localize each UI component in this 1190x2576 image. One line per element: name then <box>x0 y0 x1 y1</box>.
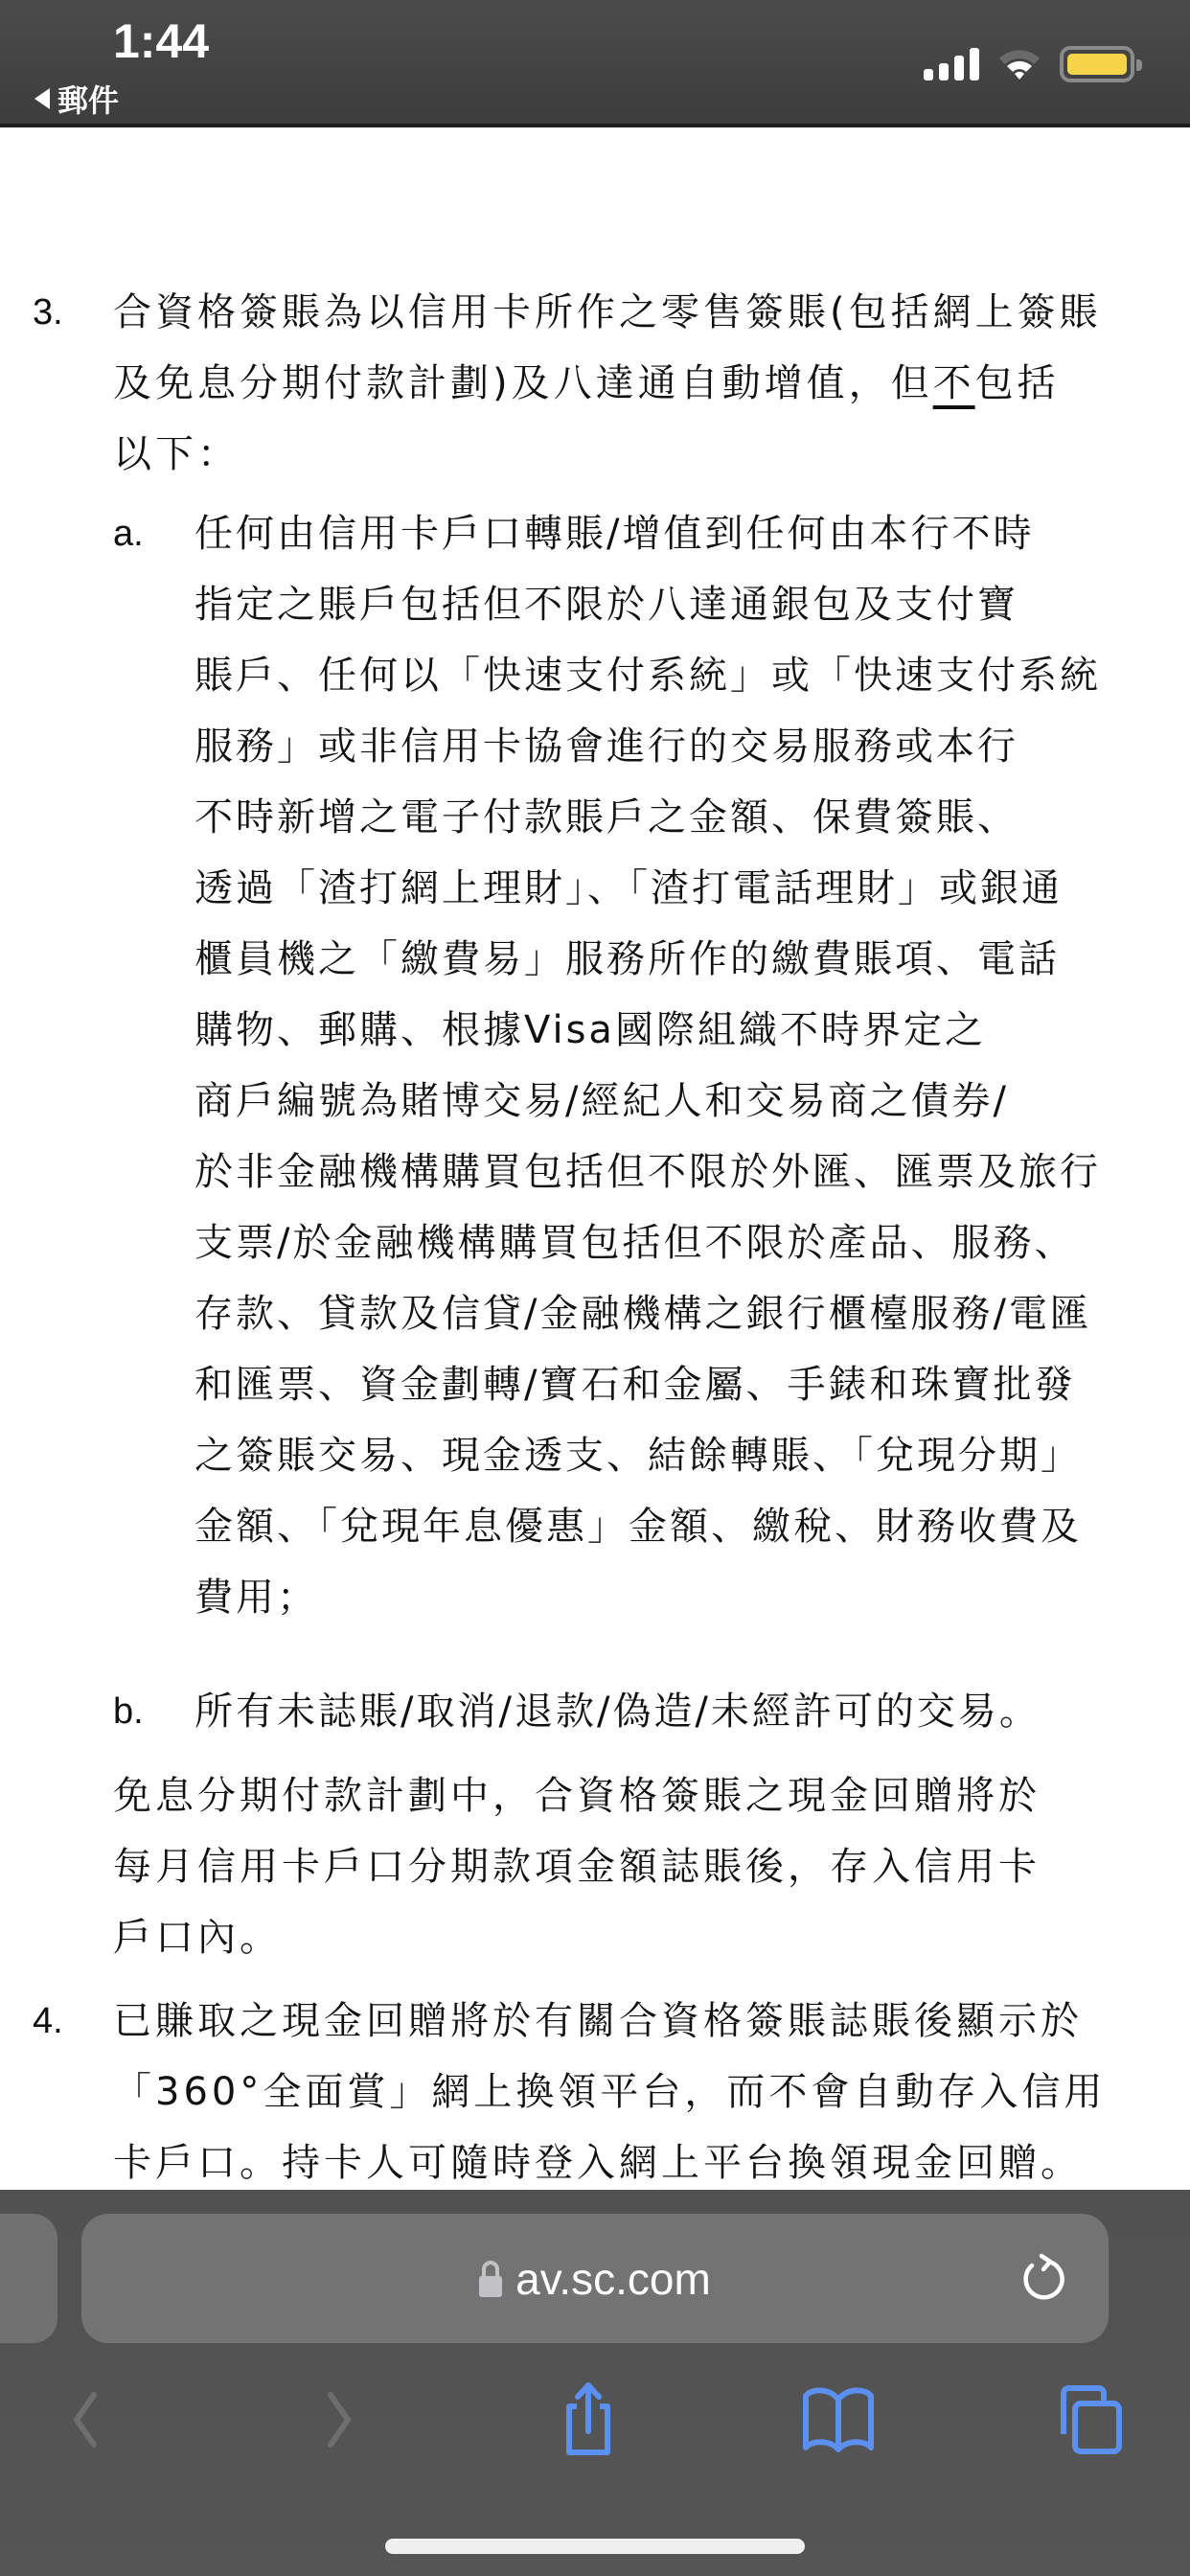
tabs-icon <box>1054 2384 1125 2455</box>
home-indicator[interactable] <box>385 2539 805 2554</box>
book-icon <box>802 2386 875 2453</box>
status-time: 1:44 <box>113 13 209 69</box>
text-line: 卡戶口。持卡人可隨時登入網上平台換領現金回贈。 <box>113 2127 1138 2198</box>
text-line: 購物、郵購、根據Visa國際組織不時界定之 <box>195 995 1143 1066</box>
text-line: 每月信用卡戶口分期款項金額誌賬後，存入信用卡 <box>113 1831 1138 1902</box>
subitem-b-text: 所有未誌賬/取消/退款/偽造/未經許可的交易。 <box>195 1676 1143 1747</box>
reload-icon[interactable] <box>1017 2252 1070 2306</box>
text-line: 服務」或非信用卡協會進行的交易服務或本行 <box>195 711 1143 782</box>
bookmarks-button[interactable] <box>795 2377 881 2463</box>
text-line: 及免息分期付款計劃)及八達通自動增值，但不包括 <box>113 348 1138 419</box>
text-line: 戶口內。 <box>113 1902 1138 1973</box>
back-triangle-icon <box>34 88 50 109</box>
subitem-a-text: 任何由信用卡戶口轉賬/增值到任何由本行不時 指定之賬戶包括但不限於八達通銀包及支… <box>195 498 1143 1633</box>
text-line: 存款、貸款及信貸/金融機構之銀行櫃檯服務/電匯 <box>195 1278 1143 1349</box>
status-bar: 1:44 郵件 <box>0 0 1190 127</box>
battery-icon <box>1060 46 1134 82</box>
text-line: 指定之賬戶包括但不限於八達通銀包及支付寶 <box>195 569 1143 640</box>
text-line: 商戶編號為賭博交易/經紀人和交易商之債券/ <box>195 1066 1143 1137</box>
forward-button[interactable] <box>297 2377 383 2463</box>
text-line: 「360°全面賞」網上換領平台，而不會自動存入信用 <box>113 2057 1138 2127</box>
text-line: 免息分期付款計劃中，合資格簽賬之現金回贈將於 <box>113 1760 1138 1831</box>
back-to-mail-button[interactable]: 郵件 <box>34 77 119 121</box>
item-4-text: 已賺取之現金回贈將於有關合資格簽賬誌賬後顯示於 「360°全面賞」網上換領平台，… <box>113 1986 1138 2198</box>
cellular-signal-icon <box>924 48 979 80</box>
share-button[interactable] <box>545 2377 631 2463</box>
text-line: 於非金融機構購買包括但不限於外匯、匯票及旅行 <box>195 1137 1143 1207</box>
subitem-label: a. <box>113 498 144 569</box>
chevron-right-icon <box>321 2389 359 2450</box>
web-page-content: 3. 合資格簽賬為以信用卡所作之零售簽賬(包括網上簽賬 及免息分期付款計劃)及八… <box>0 131 1190 2192</box>
browser-toolbar: av.sc.com <box>0 2190 1190 2576</box>
text-line: 金額、「兌現年息優惠」金額、繳稅、財務收費及 <box>195 1491 1143 1562</box>
wifi-icon <box>996 47 1042 81</box>
text-line: 和匯票、資金劃轉/寶石和金屬、手錶和珠寶批發 <box>195 1349 1143 1420</box>
text-line: 任何由信用卡戶口轉賬/增值到任何由本行不時 <box>195 498 1143 569</box>
lock-icon <box>479 2261 502 2297</box>
item-3-text: 合資格簽賬為以信用卡所作之零售簽賬(包括網上簽賬 及免息分期付款計劃)及八達通自… <box>113 277 1138 490</box>
item-number: 3. <box>33 277 63 348</box>
tabs-button[interactable] <box>1046 2377 1133 2463</box>
address-bar[interactable]: av.sc.com <box>81 2214 1109 2343</box>
text-line: 透過「渣打網上理財」、「渣打電話理財」或銀通 <box>195 853 1143 924</box>
item-number: 4. <box>33 1986 63 2057</box>
text-line: 不時新增之電子付款賬戶之金額、保費簽賬、 <box>195 782 1143 853</box>
text-line: 所有未誌賬/取消/退款/偽造/未經許可的交易。 <box>195 1676 1143 1747</box>
text-line: 之簽賬交易、現金透支、結餘轉賬、「兌現分期」 <box>195 1420 1143 1491</box>
text-line: 已賺取之現金回贈將於有關合資格簽賬誌賬後顯示於 <box>113 1986 1138 2057</box>
text-line: 合資格簽賬為以信用卡所作之零售簽賬(包括網上簽賬 <box>113 277 1138 348</box>
back-button[interactable] <box>41 2377 127 2463</box>
previous-tab-pill[interactable] <box>0 2214 57 2343</box>
chevron-left-icon <box>65 2389 103 2450</box>
url-text: av.sc.com <box>515 2253 711 2305</box>
share-icon <box>560 2381 617 2458</box>
browser-nav-row <box>0 2377 1190 2463</box>
underlined-word: 不 <box>933 361 975 405</box>
text-line: 櫃員機之「繳費易」服務所作的繳費賬項、電話 <box>195 924 1143 995</box>
text-line: 以下： <box>113 419 1138 490</box>
text-line: 費用； <box>195 1562 1143 1633</box>
text-line: 賬戶、任何以「快速支付系統」或「快速支付系統 <box>195 640 1143 711</box>
battery-level <box>1067 54 1127 75</box>
text-line: 支票/於金融機構購買包括但不限於產品、服務、 <box>195 1207 1143 1278</box>
back-to-app-label: 郵件 <box>57 77 119 121</box>
installment-note-text: 免息分期付款計劃中，合資格簽賬之現金回贈將於 每月信用卡戶口分期款項金額誌賬後，… <box>113 1760 1138 1973</box>
safari-screen: 1:44 郵件 3. <box>0 0 1190 2576</box>
status-icons <box>924 46 1134 82</box>
subitem-label: b. <box>113 1676 144 1747</box>
